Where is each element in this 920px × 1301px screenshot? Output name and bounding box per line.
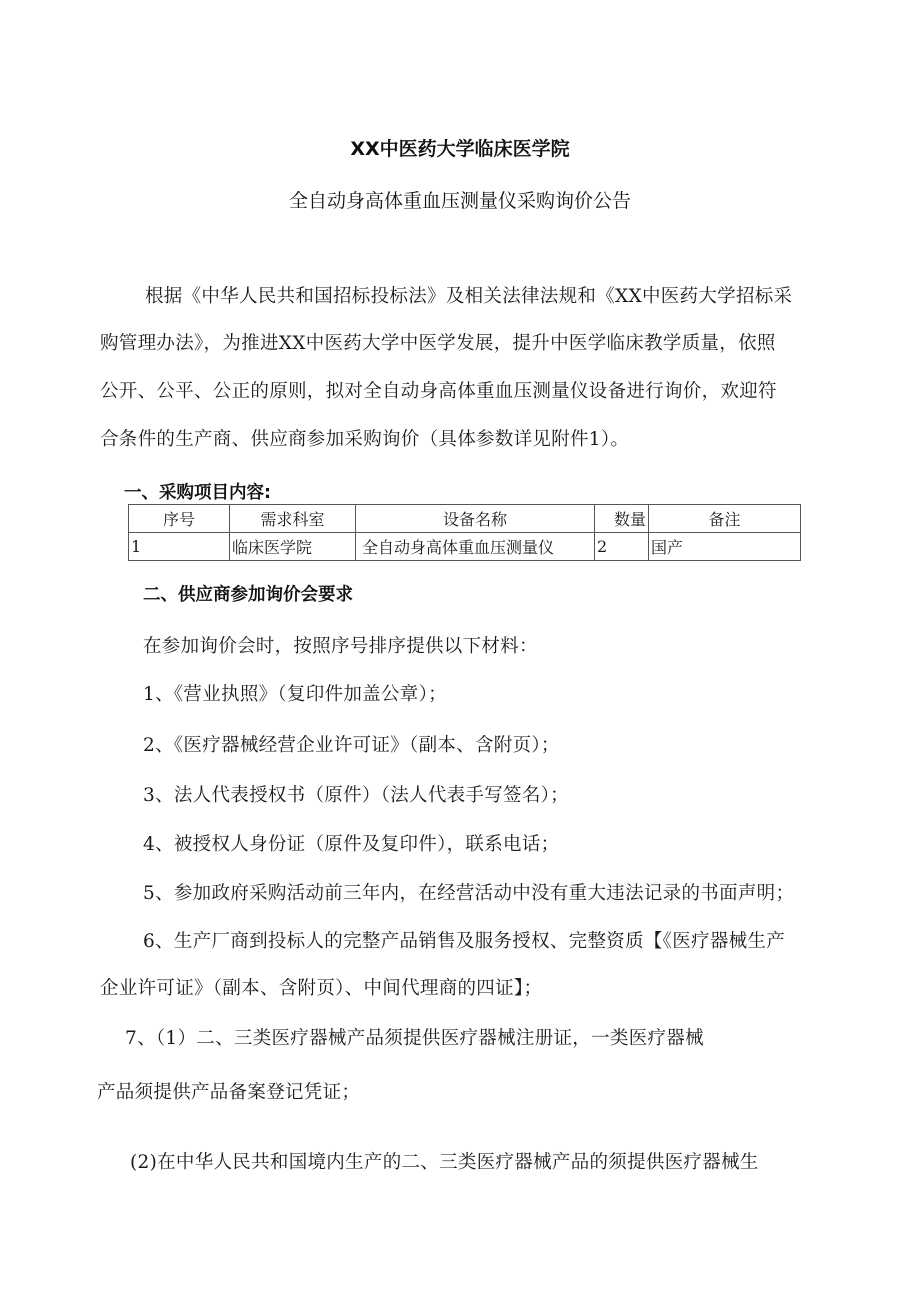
cell-department: 临床医学院 — [230, 533, 356, 561]
col-header-department: 需求科室 — [230, 505, 356, 533]
institution-title: XX中医药大学临床医学院 — [0, 134, 920, 161]
col-header-quantity: 数量 — [595, 505, 649, 533]
col-header-remarks: 备注 — [649, 505, 801, 533]
requirement-item-6-cont: 企业许可证》（副本、含附页）、中间代理商的四证】； — [100, 974, 542, 1000]
requirement-item-1: 1、《营业执照》（复印件加盖公章）； — [143, 680, 447, 706]
col-header-index: 序号 — [129, 505, 230, 533]
intro-line-4: 合条件的生产商、供应商参加采购询价（具体参数详见附件1）。 — [100, 425, 629, 451]
section-2-lead: 在参加询价会时，按照序号排序提供以下材料： — [143, 632, 538, 658]
section-2-heading: 二、供应商参加询价会要求 — [143, 581, 353, 606]
intro-line-3: 公开、公平、公正的原则，拟对全自动身高体重血压测量仪设备进行询价，欢迎符 — [100, 377, 777, 403]
requirement-item-4: 4、被授权人身份证（原件及复印件），联系电话； — [143, 830, 559, 856]
table-row: 1 临床医学院 全自动身高体重血压测量仪 2 国产 — [129, 533, 801, 561]
cell-index: 1 — [129, 533, 230, 561]
requirement-item-2: 2、《医疗器械经营企业许可证》（副本、含附页）； — [143, 731, 560, 757]
requirement-item-7-1: 7、（1）二、三类医疗器械产品须提供医疗器械注册证，一类医疗器械 — [125, 1024, 704, 1050]
table-header-row: 序号 需求科室 设备名称 数量 备注 — [129, 505, 801, 533]
intro-line-1: 根据《中华人民共和国招标投标法》及相关法律法规和《XX中医药大学招标采 — [145, 282, 792, 308]
requirement-item-3: 3、法人代表授权书（原件）（法人代表手写签名）； — [143, 781, 569, 807]
cell-remarks: 国产 — [649, 533, 801, 561]
cell-device-name: 全自动身高体重血压测量仪 — [356, 533, 595, 561]
cell-quantity: 2 — [595, 533, 649, 561]
col-header-device-name: 设备名称 — [356, 505, 595, 533]
requirement-item-7-1-cont: 产品须提供产品备案登记凭证； — [97, 1078, 360, 1104]
intro-line-2: 购管理办法》，为推进XX中医药大学中医学发展，提升中医学临床教学质量，依照 — [100, 329, 776, 355]
section-1-heading: 一、采购项目内容: — [124, 479, 271, 504]
requirement-item-6: 6、生产厂商到投标人的完整产品销售及服务授权、完整资质【《医疗器械生产 — [143, 927, 785, 953]
announcement-title: 全自动身高体重血压测量仪采购询价公告 — [0, 186, 920, 213]
procurement-table: 序号 需求科室 设备名称 数量 备注 1 临床医学院 全自动身高体重血压测量仪 … — [128, 504, 801, 561]
requirement-item-5: 5、参加政府采购活动前三年内，在经营活动中没有重大违法记录的书面声明； — [143, 879, 794, 905]
requirement-item-7-2: (2)在中华人民共和国境内生产的二、三类医疗器械产品的须提供医疗器械生 — [130, 1148, 759, 1174]
